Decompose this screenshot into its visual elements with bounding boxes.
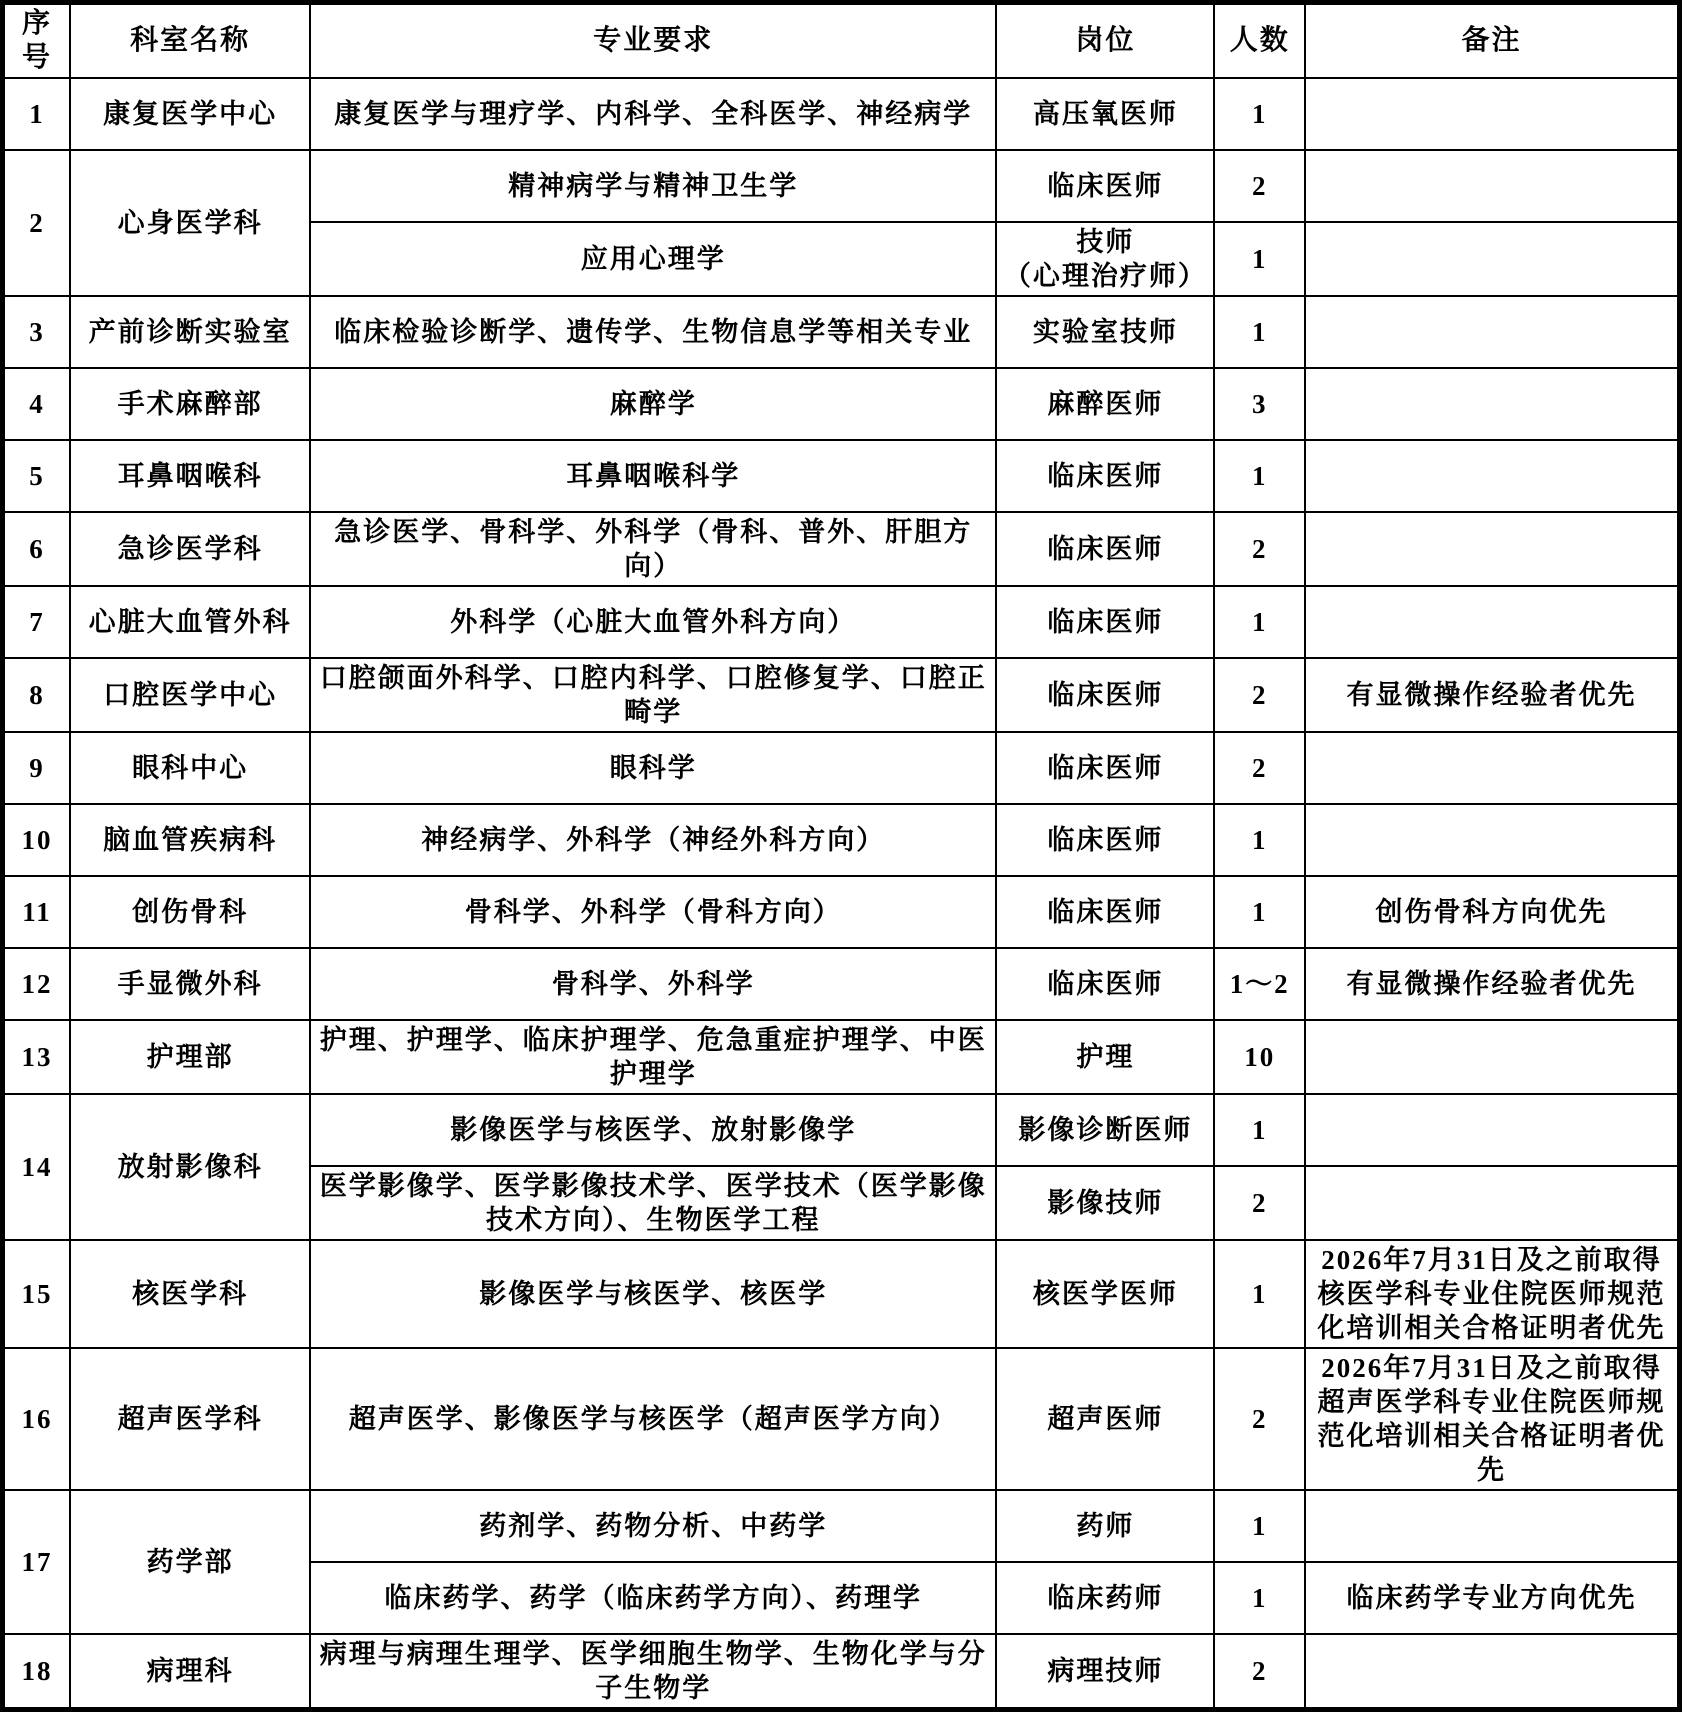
table-row: 11创伤骨科骨科学、外科学（骨科方向）临床医师1创伤骨科方向优先: [3, 876, 1680, 948]
major-requirement-cell: 医学影像学、医学影像技术学、医学技术（医学影像技术方向）、生物医学工程: [310, 1166, 996, 1240]
major-requirement-cell: 影像医学与核医学、核医学: [310, 1240, 996, 1348]
major-requirement-cell: 骨科学、外科学（骨科方向）: [310, 876, 996, 948]
headcount-cell: 1: [1214, 1490, 1305, 1562]
headcount-cell: 1: [1214, 1094, 1305, 1166]
headcount-cell: 3: [1214, 368, 1305, 440]
header-cell-count: 人数: [1214, 3, 1305, 79]
table-row: 15核医学科影像医学与核医学、核医学核医学医师12026年7月31日及之前取得核…: [3, 1240, 1680, 1348]
position-cell: 麻醉医师: [996, 368, 1214, 440]
position-cell: 影像诊断医师: [996, 1094, 1214, 1166]
remark-cell: 有显微操作经验者优先: [1305, 658, 1679, 732]
major-requirement-cell: 影像医学与核医学、放射影像学: [310, 1094, 996, 1166]
headcount-cell: 10: [1214, 1020, 1305, 1094]
headcount-cell: 2: [1214, 150, 1305, 222]
department-cell: 康复医学中心: [70, 78, 310, 150]
position-cell: 超声医师: [996, 1348, 1214, 1490]
row-number-cell: 8: [3, 658, 71, 732]
remark-cell: [1305, 1634, 1679, 1710]
headcount-cell: 1: [1214, 1240, 1305, 1348]
headcount-cell: 2: [1214, 1166, 1305, 1240]
major-requirement-cell: 骨科学、外科学: [310, 948, 996, 1020]
remark-cell: [1305, 512, 1679, 586]
headcount-cell: 1: [1214, 440, 1305, 512]
table-row: 8口腔医学中心口腔颌面外科学、口腔内科学、口腔修复学、口腔正畸学临床医师2有显微…: [3, 658, 1680, 732]
position-cell: 实验室技师: [996, 296, 1214, 368]
major-requirement-cell: 病理与病理生理学、医学细胞生物学、生物化学与分子生物学: [310, 1634, 996, 1710]
table-row: 16超声医学科超声医学、影像医学与核医学（超声医学方向）超声医师22026年7月…: [3, 1348, 1680, 1490]
table-row: 10脑血管疾病科神经病学、外科学（神经外科方向）临床医师1: [3, 804, 1680, 876]
department-cell: 急诊医学科: [70, 512, 310, 586]
row-number-cell: 14: [3, 1094, 71, 1240]
table-body: 1康复医学中心康复医学与理疗学、内科学、全科医学、神经病学高压氧医师12心身医学…: [3, 78, 1680, 1710]
position-cell: 病理技师: [996, 1634, 1214, 1710]
row-number-cell: 15: [3, 1240, 71, 1348]
headcount-cell: 1～2: [1214, 948, 1305, 1020]
table-row: 4手术麻醉部麻醉学麻醉医师3: [3, 368, 1680, 440]
headcount-cell: 2: [1214, 732, 1305, 804]
remark-cell: [1305, 368, 1679, 440]
major-requirement-cell: 耳鼻咽喉科学: [310, 440, 996, 512]
position-cell: 临床医师: [996, 586, 1214, 658]
department-cell: 眼科中心: [70, 732, 310, 804]
department-cell: 护理部: [70, 1020, 310, 1094]
table-header: 序号科室名称专业要求岗位人数备注: [3, 3, 1680, 79]
position-cell: 临床药师: [996, 1562, 1214, 1634]
table-row: 5耳鼻咽喉科耳鼻咽喉科学临床医师1: [3, 440, 1680, 512]
position-cell: 临床医师: [996, 150, 1214, 222]
remark-cell: [1305, 1020, 1679, 1094]
table-row: 12手显微外科骨科学、外科学临床医师1～2有显微操作经验者优先: [3, 948, 1680, 1020]
row-number-cell: 13: [3, 1020, 71, 1094]
table-row: 14放射影像科影像医学与核医学、放射影像学影像诊断医师1: [3, 1094, 1680, 1166]
position-cell: 高压氧医师: [996, 78, 1214, 150]
position-cell: 临床医师: [996, 440, 1214, 512]
remark-cell: [1305, 296, 1679, 368]
table-row: 13护理部护理、护理学、临床护理学、危急重症护理学、中医护理学护理10: [3, 1020, 1680, 1094]
department-cell: 心身医学科: [70, 150, 310, 296]
row-number-cell: 6: [3, 512, 71, 586]
table-row: 3产前诊断实验室临床检验诊断学、遗传学、生物信息学等相关专业实验室技师1: [3, 296, 1680, 368]
remark-cell: [1305, 150, 1679, 222]
remark-cell: 创伤骨科方向优先: [1305, 876, 1679, 948]
position-cell: 药师: [996, 1490, 1214, 1562]
major-requirement-cell: 护理、护理学、临床护理学、危急重症护理学、中医护理学: [310, 1020, 996, 1094]
headcount-cell: 2: [1214, 658, 1305, 732]
headcount-cell: 1: [1214, 296, 1305, 368]
remark-cell: [1305, 1490, 1679, 1562]
remark-cell: [1305, 1094, 1679, 1166]
department-cell: 脑血管疾病科: [70, 804, 310, 876]
major-requirement-cell: 康复医学与理疗学、内科学、全科医学、神经病学: [310, 78, 996, 150]
position-cell: 临床医师: [996, 512, 1214, 586]
row-number-cell: 11: [3, 876, 71, 948]
remark-cell: [1305, 732, 1679, 804]
major-requirement-cell: 临床检验诊断学、遗传学、生物信息学等相关专业: [310, 296, 996, 368]
major-requirement-cell: 神经病学、外科学（神经外科方向）: [310, 804, 996, 876]
headcount-cell: 1: [1214, 222, 1305, 296]
remark-cell: [1305, 804, 1679, 876]
row-number-cell: 18: [3, 1634, 71, 1710]
header-cell-department: 科室名称: [70, 3, 310, 79]
row-number-cell: 16: [3, 1348, 71, 1490]
headcount-cell: 1: [1214, 78, 1305, 150]
header-row: 序号科室名称专业要求岗位人数备注: [3, 3, 1680, 79]
major-requirement-cell: 应用心理学: [310, 222, 996, 296]
row-number-cell: 3: [3, 296, 71, 368]
recruitment-document: 序号科室名称专业要求岗位人数备注 1康复医学中心康复医学与理疗学、内科学、全科医…: [0, 0, 1686, 1712]
department-cell: 放射影像科: [70, 1094, 310, 1240]
table-row: 7心脏大血管外科外科学（心脏大血管外科方向）临床医师1: [3, 586, 1680, 658]
remark-cell: 2026年7月31日及之前取得核医学科专业住院医师规范化培训相关合格证明者优先: [1305, 1240, 1679, 1348]
department-cell: 耳鼻咽喉科: [70, 440, 310, 512]
remark-cell: [1305, 1166, 1679, 1240]
department-cell: 手术麻醉部: [70, 368, 310, 440]
header-cell-no: 序号: [3, 3, 71, 79]
row-number-cell: 9: [3, 732, 71, 804]
table-row: 17药学部药剂学、药物分析、中药学药师1: [3, 1490, 1680, 1562]
department-cell: 核医学科: [70, 1240, 310, 1348]
headcount-cell: 1: [1214, 1562, 1305, 1634]
position-cell: 核医学医师: [996, 1240, 1214, 1348]
position-cell: 护理: [996, 1020, 1214, 1094]
remark-cell: 临床药学专业方向优先: [1305, 1562, 1679, 1634]
row-number-cell: 7: [3, 586, 71, 658]
recruitment-table: 序号科室名称专业要求岗位人数备注 1康复医学中心康复医学与理疗学、内科学、全科医…: [0, 0, 1682, 1712]
row-number-cell: 2: [3, 150, 71, 296]
major-requirement-cell: 急诊医学、骨科学、外科学（骨科、普外、肝胆方向）: [310, 512, 996, 586]
row-number-cell: 10: [3, 804, 71, 876]
headcount-cell: 2: [1214, 1348, 1305, 1490]
remark-cell: 2026年7月31日及之前取得超声医学科专业住院医师规范化培训相关合格证明者优先: [1305, 1348, 1679, 1490]
major-requirement-cell: 精神病学与精神卫生学: [310, 150, 996, 222]
major-requirement-cell: 眼科学: [310, 732, 996, 804]
remark-cell: [1305, 440, 1679, 512]
header-cell-post: 岗位: [996, 3, 1214, 79]
header-cell-major: 专业要求: [310, 3, 996, 79]
department-cell: 药学部: [70, 1490, 310, 1634]
major-requirement-cell: 临床药学、药学（临床药学方向）、药理学: [310, 1562, 996, 1634]
remark-cell: [1305, 586, 1679, 658]
headcount-cell: 1: [1214, 586, 1305, 658]
position-cell: 临床医师: [996, 732, 1214, 804]
row-number-cell: 5: [3, 440, 71, 512]
table-row: 9眼科中心眼科学临床医师2: [3, 732, 1680, 804]
major-requirement-cell: 口腔颌面外科学、口腔内科学、口腔修复学、口腔正畸学: [310, 658, 996, 732]
department-cell: 手显微外科: [70, 948, 310, 1020]
table-row: 6急诊医学科急诊医学、骨科学、外科学（骨科、普外、肝胆方向）临床医师2: [3, 512, 1680, 586]
department-cell: 口腔医学中心: [70, 658, 310, 732]
headcount-cell: 1: [1214, 804, 1305, 876]
remark-cell: 有显微操作经验者优先: [1305, 948, 1679, 1020]
position-cell: 技师 （心理治疗师）: [996, 222, 1214, 296]
headcount-cell: 2: [1214, 1634, 1305, 1710]
position-cell: 临床医师: [996, 948, 1214, 1020]
table-row: 2心身医学科精神病学与精神卫生学临床医师2: [3, 150, 1680, 222]
department-cell: 产前诊断实验室: [70, 296, 310, 368]
row-number-cell: 17: [3, 1490, 71, 1634]
major-requirement-cell: 外科学（心脏大血管外科方向）: [310, 586, 996, 658]
position-cell: 临床医师: [996, 876, 1214, 948]
department-cell: 病理科: [70, 1634, 310, 1710]
header-cell-note: 备注: [1305, 3, 1679, 79]
major-requirement-cell: 超声医学、影像医学与核医学（超声医学方向）: [310, 1348, 996, 1490]
department-cell: 心脏大血管外科: [70, 586, 310, 658]
headcount-cell: 2: [1214, 512, 1305, 586]
major-requirement-cell: 麻醉学: [310, 368, 996, 440]
remark-cell: [1305, 222, 1679, 296]
row-number-cell: 4: [3, 368, 71, 440]
position-cell: 影像技师: [996, 1166, 1214, 1240]
remark-cell: [1305, 78, 1679, 150]
table-row: 18病理科病理与病理生理学、医学细胞生物学、生物化学与分子生物学病理技师2: [3, 1634, 1680, 1710]
major-requirement-cell: 药剂学、药物分析、中药学: [310, 1490, 996, 1562]
position-cell: 临床医师: [996, 658, 1214, 732]
department-cell: 创伤骨科: [70, 876, 310, 948]
department-cell: 超声医学科: [70, 1348, 310, 1490]
row-number-cell: 1: [3, 78, 71, 150]
row-number-cell: 12: [3, 948, 71, 1020]
position-cell: 临床医师: [996, 804, 1214, 876]
headcount-cell: 1: [1214, 876, 1305, 948]
table-row: 1康复医学中心康复医学与理疗学、内科学、全科医学、神经病学高压氧医师1: [3, 78, 1680, 150]
